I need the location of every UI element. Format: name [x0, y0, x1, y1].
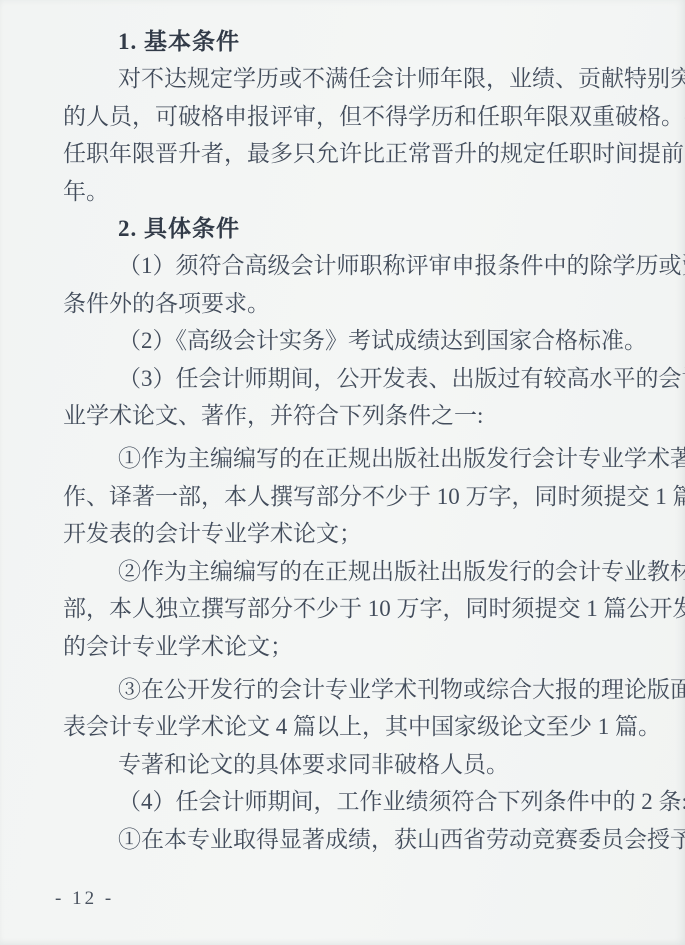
text-line: 作、译著一部，本人撰写部分不少于 10 万字，同时须提交 1 篇公: [63, 478, 664, 515]
document-content: 1. 基本条件对不达规定学历或不满任会计师年限，业绩、贡献特别突出的人员，可破格…: [63, 23, 664, 858]
section-heading-basic-conditions: 1. 基本条件: [63, 23, 664, 60]
text-line: 专著和论文的具体要求同非破格人员。: [63, 746, 664, 783]
page-number: - 12 -: [55, 888, 114, 910]
text-line: 开发表的会计专业学术论文；: [63, 515, 664, 552]
text-line: 条件外的各项要求。: [63, 285, 664, 322]
paragraph-item-4-sub-1: ①在本专业取得显著成绩，获山西省劳动竞赛委员会授予的: [63, 821, 664, 858]
scanned-document-page: 1. 基本条件对不达规定学历或不满任会计师年限，业绩、贡献特别突出的人员，可破格…: [0, 0, 685, 945]
text-line: 的人员，可破格申报评审，但不得学历和任职年限双重破格。破: [63, 98, 664, 135]
paragraph-basic-conditions-body: 对不达规定学历或不满任会计师年限，业绩、贡献特别突出的人员，可破格申报评审，但不…: [63, 60, 664, 210]
text-line: ①作为主编编写的在正规出版社出版发行会计专业学术著: [63, 440, 664, 477]
paragraph-item-1: （1）须符合高级会计师职称评审申报条件中的除学历或资历条件外的各项要求。: [63, 247, 664, 322]
paragraph-item-3-sub-3: ③在公开发行的会计专业学术刊物或综合大报的理论版面发表会计专业学术论文 4 篇以…: [63, 671, 664, 746]
text-line: （1）须符合高级会计师职称评审申报条件中的除学历或资历: [63, 247, 664, 284]
text-line: ②作为主编编写的在正规出版社出版发行的会计专业教材一: [63, 553, 664, 590]
paragraph-item-2: （2）《高级会计实务》考试成绩达到国家合格标准。: [63, 322, 664, 359]
text-line: 表会计专业学术论文 4 篇以上，其中国家级论文至少 1 篇。: [63, 708, 664, 745]
text-line: ③在公开发行的会计专业学术刊物或综合大报的理论版面发: [63, 671, 664, 708]
text-line: 部，本人独立撰写部分不少于 10 万字，同时须提交 1 篇公开发表: [63, 590, 664, 627]
text-line: （2）《高级会计实务》考试成绩达到国家合格标准。: [63, 322, 664, 359]
text-line: 2. 具体条件: [63, 210, 664, 247]
text-line: （4）任会计师期间，工作业绩须符合下列条件中的 2 条:: [63, 783, 664, 820]
paragraph-item-4: （4）任会计师期间，工作业绩须符合下列条件中的 2 条:: [63, 783, 664, 820]
text-line: （3）任会计师期间，公开发表、出版过有较高水平的会计专: [63, 360, 664, 397]
text-line: 年。: [63, 173, 664, 210]
text-line: ①在本专业取得显著成绩，获山西省劳动竞赛委员会授予的: [63, 821, 664, 858]
section-heading-specific-conditions: 2. 具体条件: [63, 210, 664, 247]
paragraph-item-3-sub-2: ②作为主编编写的在正规出版社出版发行的会计专业教材一部，本人独立撰写部分不少于 …: [63, 553, 664, 665]
paragraph-item-3-sub-1: ①作为主编编写的在正规出版社出版发行会计专业学术著作、译著一部，本人撰写部分不少…: [63, 440, 664, 552]
text-line: 的会计专业学术论文；: [63, 628, 664, 665]
text-line: 业学术论文、著作，并符合下列条件之一:: [63, 397, 664, 434]
text-line: 任职年限晋升者，最多只允许比正常晋升的规定任职时间提前 2: [63, 135, 664, 172]
paragraph-monograph-note: 专著和论文的具体要求同非破格人员。: [63, 746, 664, 783]
text-line: 对不达规定学历或不满任会计师年限，业绩、贡献特别突出: [63, 60, 664, 97]
text-line: 1. 基本条件: [63, 23, 664, 60]
paragraph-item-3: （3）任会计师期间，公开发表、出版过有较高水平的会计专业学术论文、著作，并符合下…: [63, 360, 664, 435]
